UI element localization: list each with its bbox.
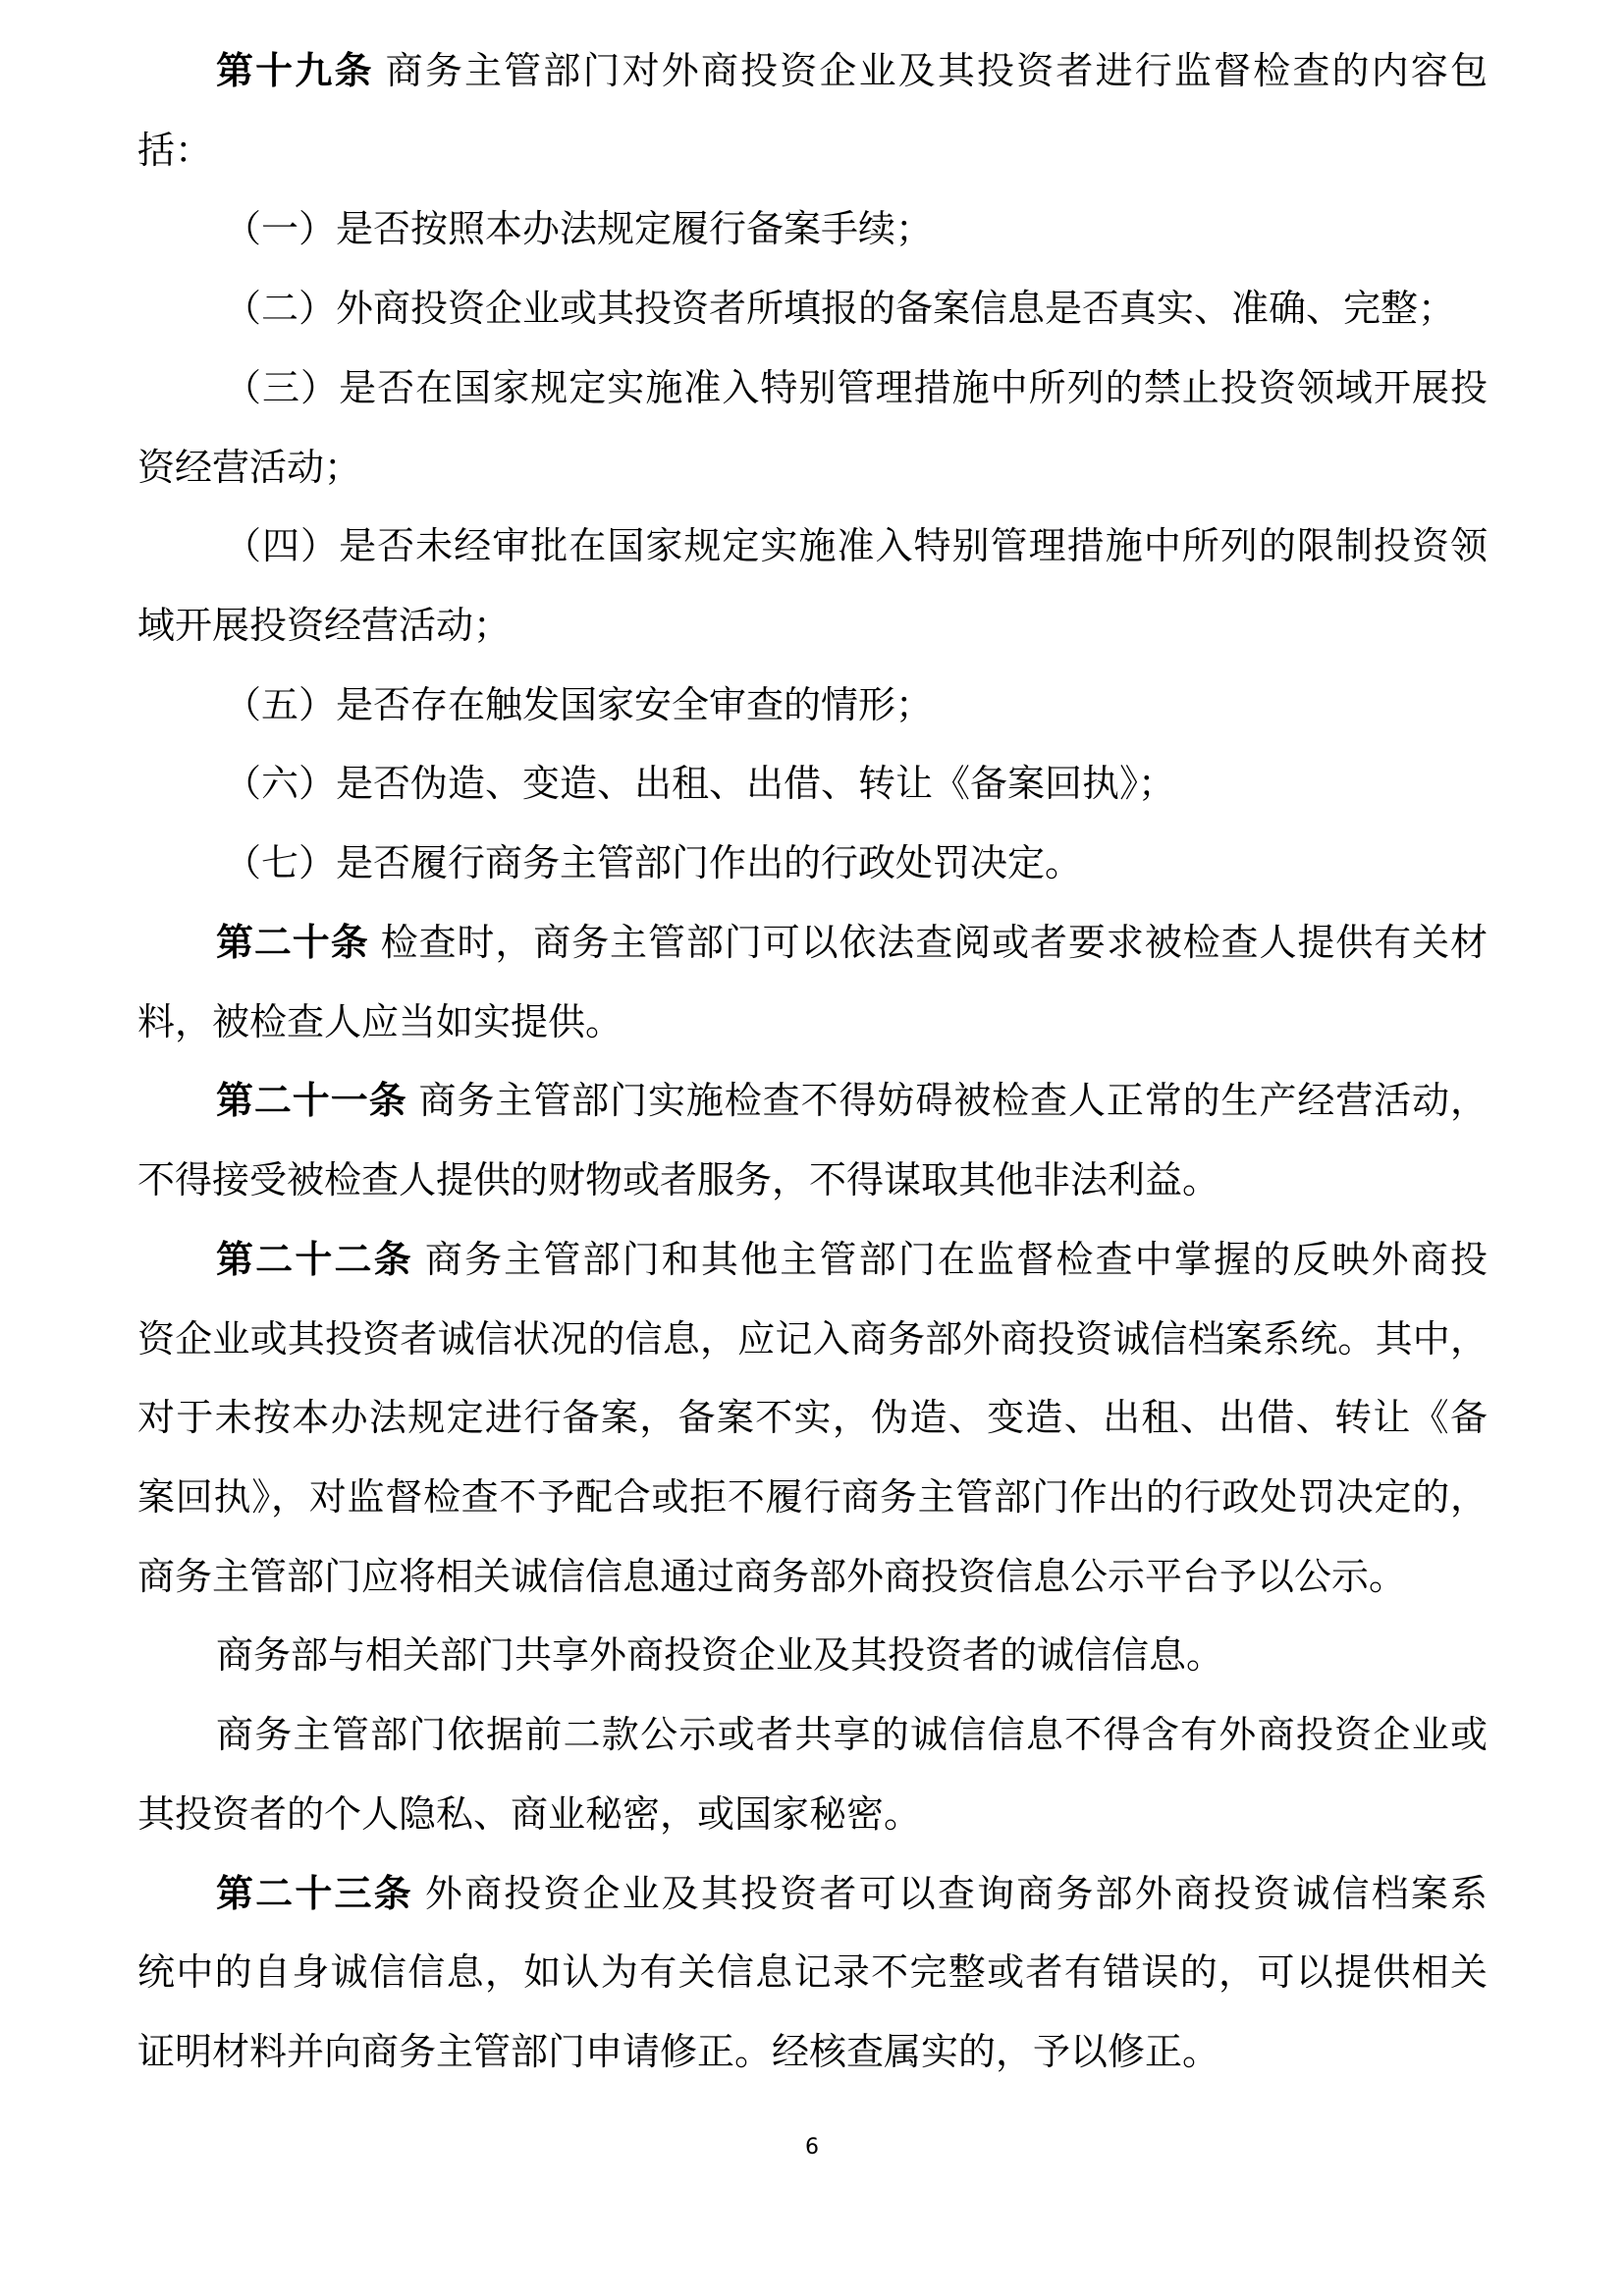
list-item-1: （一）是否按照本办法规定履行备案手续；: [137, 189, 1488, 269]
article-heading: 第二十一条: [216, 1079, 407, 1122]
article-22-line-4: 案回执》，对监督检查不予配合或拒不履行商务主管部门作出的行政处罚决定的，: [137, 1458, 1488, 1537]
article-19-line-2: 括：: [137, 111, 1488, 190]
article-21-line-1: 第二十一条商务主管部门实施检查不得妨碍被检查人正常的生产经营活动，: [137, 1061, 1488, 1141]
article-22-line-3: 对于未按本办法规定进行备案，备案不实，伪造、变造、出租、出借、转让《备: [137, 1378, 1488, 1458]
list-item-4-continued: 域开展投资经营活动；: [137, 586, 1488, 666]
article-text: 商务主管部门和其他主管部门在监督检查中掌握的反映外商投: [425, 1238, 1488, 1281]
article-text: 商务主管部门对外商投资企业及其投资者进行监督检查的内容包: [386, 49, 1488, 92]
article-20-line-2: 料，被检查人应当如实提供。: [137, 983, 1488, 1062]
article-heading: 第二十条: [216, 921, 369, 964]
article-heading: 第二十二条: [216, 1238, 413, 1281]
document-page: 第十九条商务主管部门对外商投资企业及其投资者进行监督检查的内容包 括： （一）是…: [0, 0, 1624, 2296]
article-22-line-2: 资企业或其投资者诚信状况的信息，应记入商务部外商投资诚信档案系统。其中，: [137, 1300, 1488, 1379]
list-item-3-continued: 资经营活动；: [137, 428, 1488, 507]
article-20-line-1: 第二十条检查时，商务主管部门可以依法查阅或者要求被检查人提供有关材: [137, 903, 1488, 983]
article-text: 外商投资企业及其投资者可以查询商务部外商投资诚信档案系: [425, 1872, 1488, 1915]
page-number: 6: [0, 2134, 1624, 2162]
article-23-line-1: 第二十三条外商投资企业及其投资者可以查询商务部外商投资诚信档案系: [137, 1854, 1488, 1934]
article-22-line-5: 商务主管部门应将相关诚信信息通过商务部外商投资信息公示平台予以公示。: [137, 1537, 1488, 1617]
article-23-line-2: 统中的自身诚信信息，如认为有关信息记录不完整或者有错误的，可以提供相关: [137, 1933, 1488, 2012]
article-text: 商务主管部门实施检查不得妨碍被检查人正常的生产经营活动，: [419, 1079, 1488, 1122]
article-22-line-1: 第二十二条商务主管部门和其他主管部门在监督检查中掌握的反映外商投: [137, 1220, 1488, 1300]
list-item-7: （七）是否履行商务主管部门作出的行政处罚决定。: [137, 824, 1488, 903]
article-22-paragraph-3-line-1: 商务主管部门依据前二款公示或者共享的诚信信息不得含有外商投资企业或: [137, 1695, 1488, 1775]
list-item-3: （三）是否在国家规定实施准入特别管理措施中所列的禁止投资领域开展投: [137, 348, 1488, 428]
article-22-paragraph-3-line-2: 其投资者的个人隐私、商业秘密，或国家秘密。: [137, 1775, 1488, 1854]
article-heading: 第二十三条: [216, 1872, 413, 1915]
article-text: 检查时，商务主管部门可以依法查阅或者要求被检查人提供有关材: [381, 921, 1488, 964]
article-19-line-1: 第十九条商务主管部门对外商投资企业及其投资者进行监督检查的内容包: [137, 31, 1488, 111]
article-22-paragraph-2: 商务部与相关部门共享外商投资企业及其投资者的诚信信息。: [137, 1616, 1488, 1695]
article-21-line-2: 不得接受被检查人提供的财物或者服务，不得谋取其他非法利益。: [137, 1141, 1488, 1220]
list-item-2: （二）外商投资企业或其投资者所填报的备案信息是否真实、准确、完整；: [137, 269, 1488, 348]
list-item-6: （六）是否伪造、变造、出租、出借、转让《备案回执》；: [137, 744, 1488, 824]
article-heading: 第十九条: [216, 49, 374, 92]
document-body: 第十九条商务主管部门对外商投资企业及其投资者进行监督检查的内容包 括： （一）是…: [137, 31, 1488, 2092]
list-item-4: （四）是否未经审批在国家规定实施准入特别管理措施中所列的限制投资领: [137, 507, 1488, 586]
list-item-5: （五）是否存在触发国家安全审查的情形；: [137, 666, 1488, 745]
article-23-line-3: 证明材料并向商务主管部门申请修正。经核查属实的，予以修正。: [137, 2012, 1488, 2092]
